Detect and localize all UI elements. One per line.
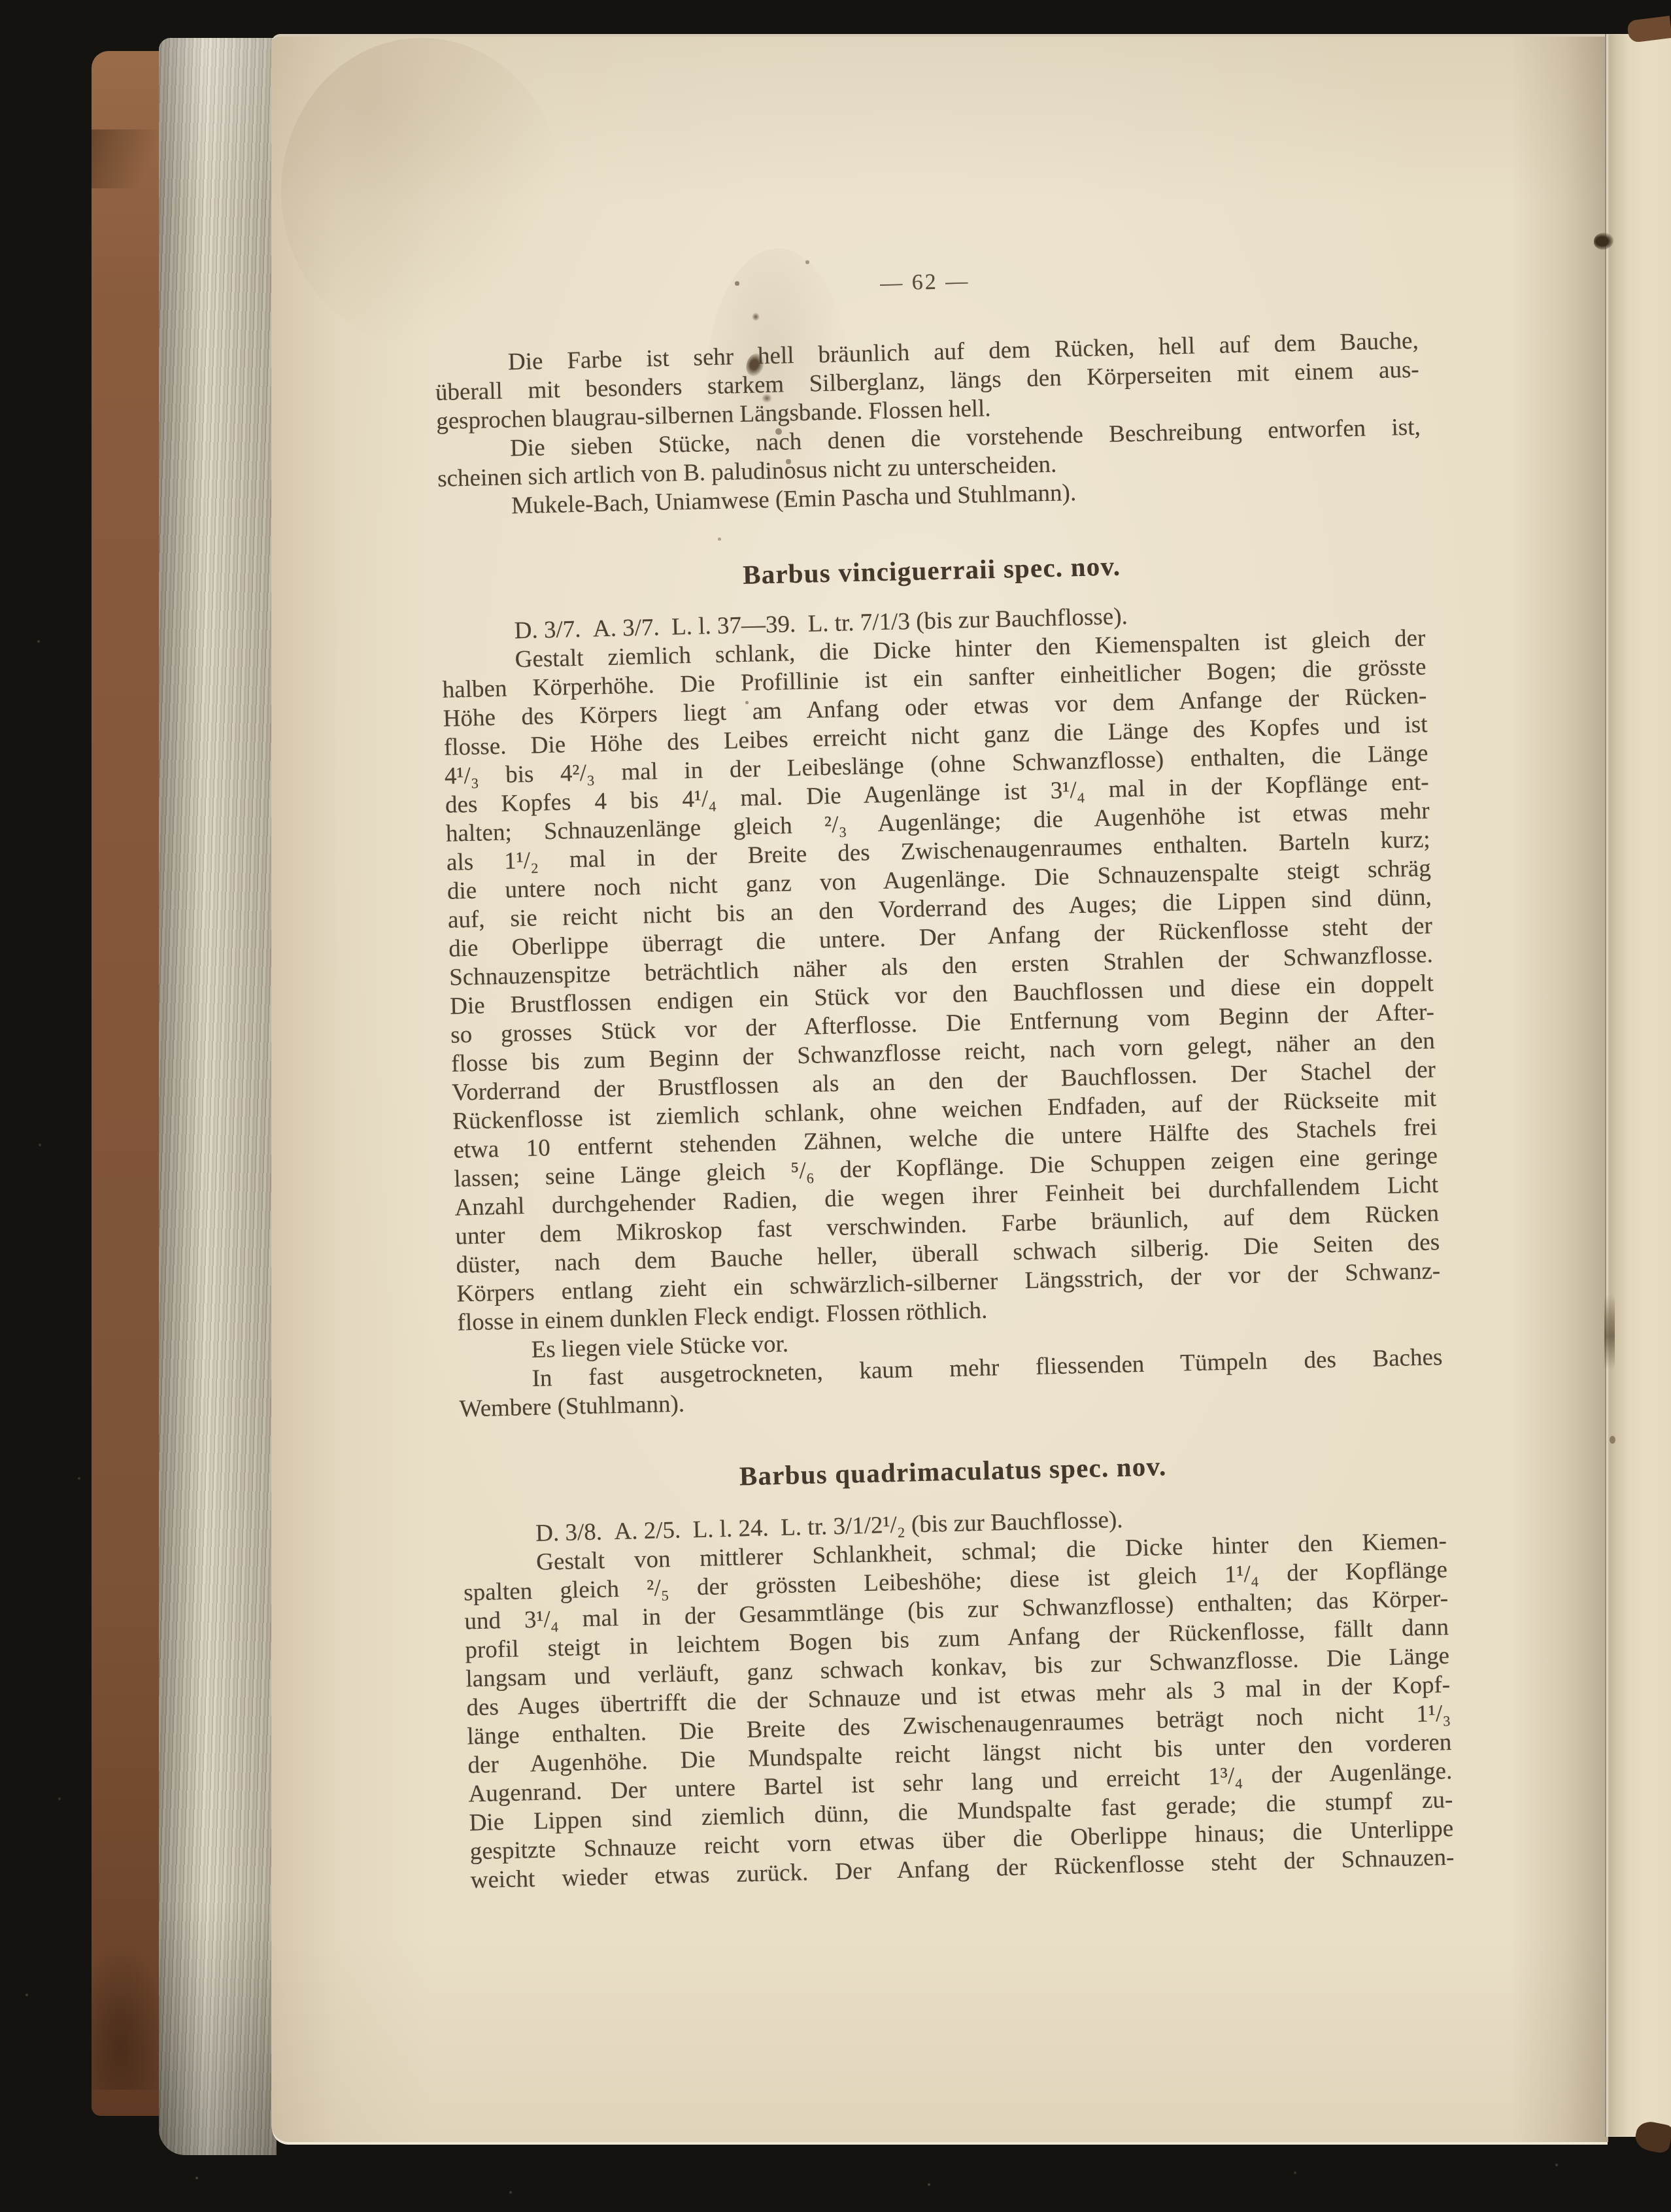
- paragraph: Gestalt ziemlich schlank, die Dicke hint…: [441, 624, 1441, 1337]
- species-heading: Barbus vinciguerraii spec. nov.: [439, 542, 1424, 598]
- book-photo: — 62 — Die Farbe ist sehr hell bräunlich…: [0, 0, 1671, 2212]
- book-cover-edge: [92, 51, 165, 2116]
- paragraph: Gestalt von mittlerer Schlankheit, schma…: [463, 1527, 1455, 1895]
- gutter-damage-dot: [1610, 1436, 1615, 1444]
- page-fore-edges: [159, 38, 277, 2155]
- printed-text-block: — 62 — Die Farbe ist sehr hell bräunlich…: [433, 257, 1455, 1896]
- ink-stain: [805, 260, 809, 264]
- gutter-damage-streak: [1604, 1295, 1615, 1370]
- text-blocks: Die Farbe ist sehr hell bräunlich auf de…: [435, 327, 1455, 1896]
- adjacent-page-sliver: [1605, 34, 1671, 2137]
- species-heading: Barbus quadrimaculatus spec. nov.: [461, 1443, 1445, 1499]
- dust-specks: [0, 0, 1, 1]
